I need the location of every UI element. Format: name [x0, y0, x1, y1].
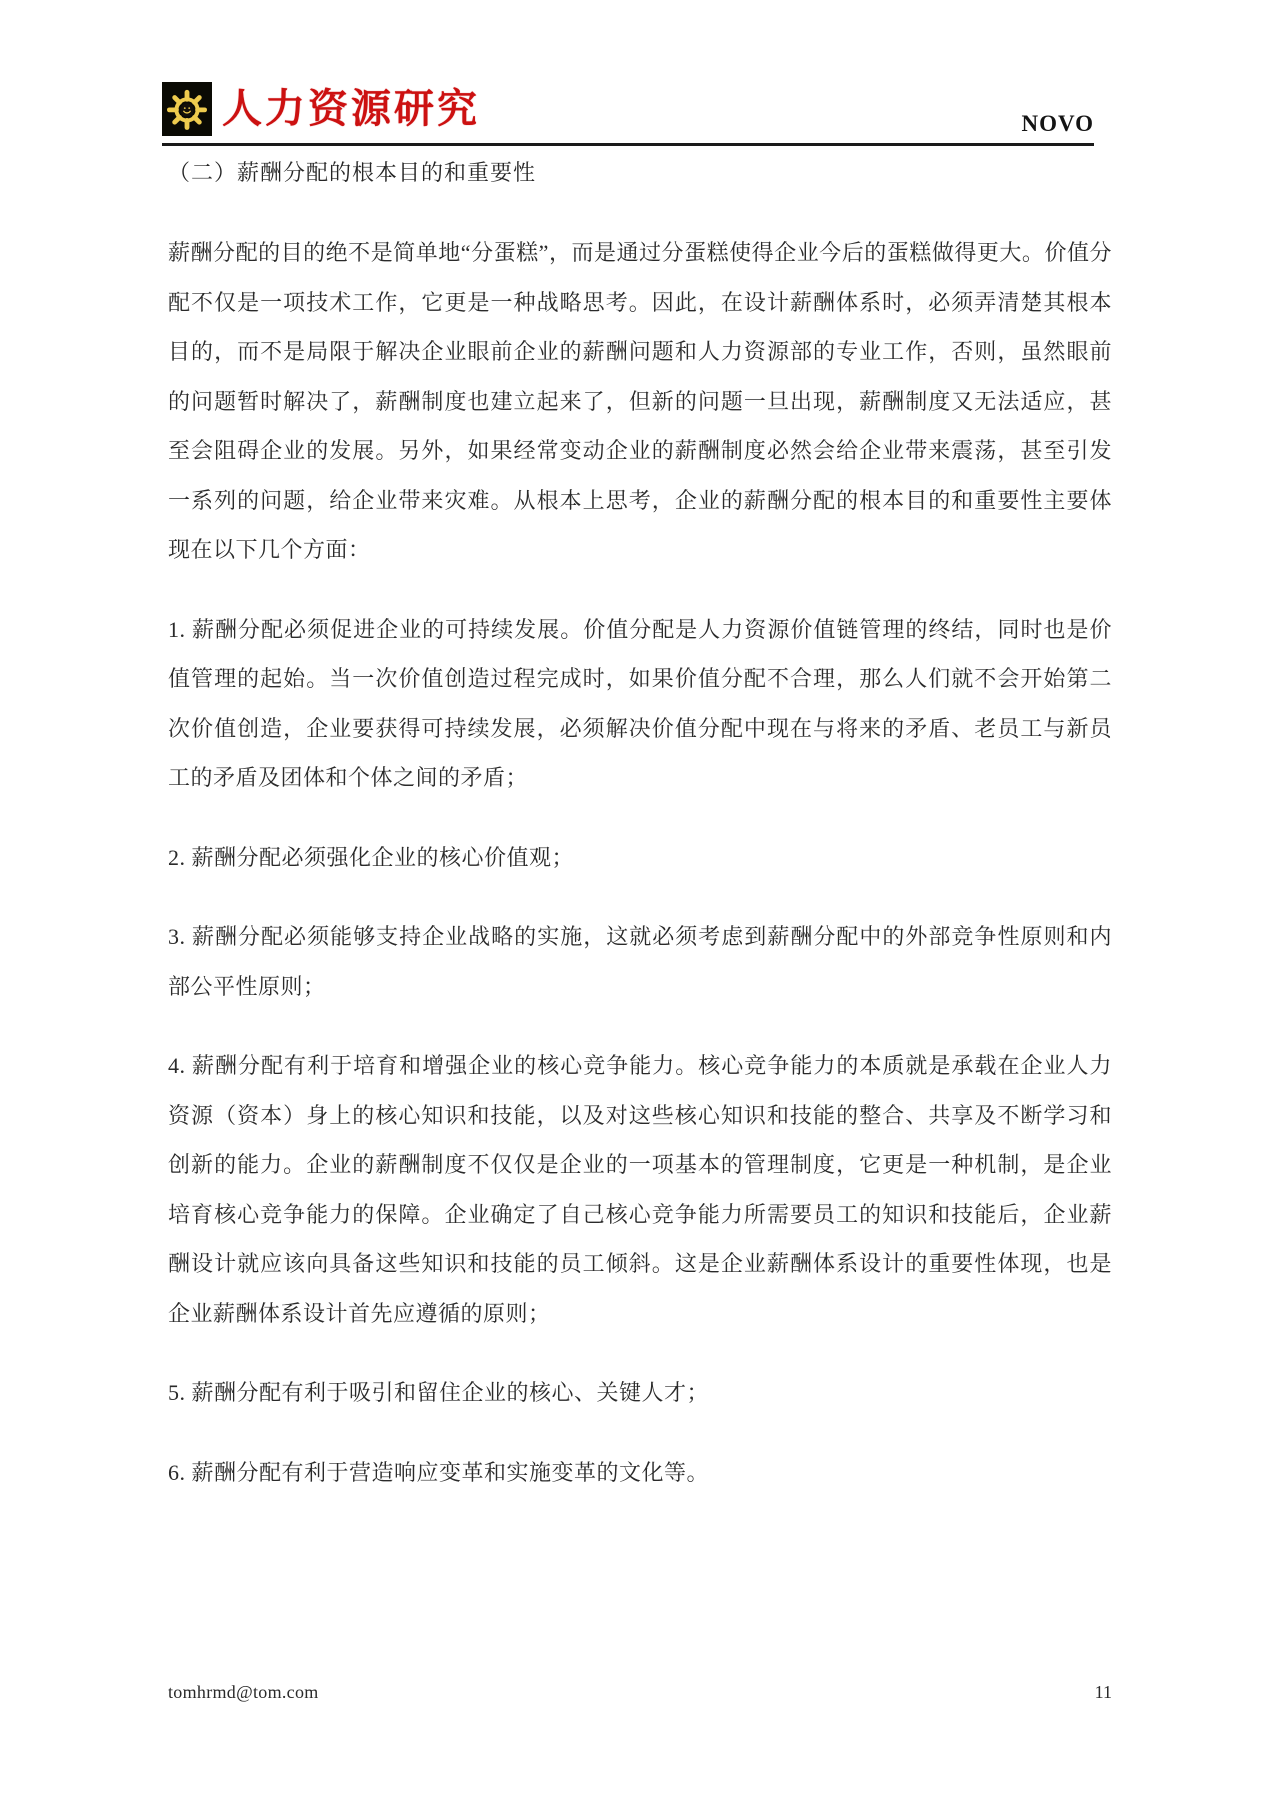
page-number: 11: [1095, 1682, 1112, 1703]
paragraph-item-2: 2. 薪酬分配必须强化企业的核心价值观；: [168, 833, 1112, 883]
paragraph-item-1: 1. 薪酬分配必须促进企业的可持续发展。价值分配是人力资源价值链管理的终结，同时…: [168, 605, 1112, 803]
logo: 人力资源研究: [162, 82, 480, 136]
paragraph-item-5: 5. 薪酬分配有利于吸引和留住企业的核心、关键人才；: [168, 1368, 1112, 1418]
section-heading: （二）薪酬分配的根本目的和重要性: [168, 158, 1112, 188]
paragraph-intro: 薪酬分配的目的绝不是简单地“分蛋糕”，而是通过分蛋糕使得企业今后的蛋糕做得更大。…: [168, 228, 1112, 575]
brand-novo: NOVO: [1021, 112, 1094, 135]
page-footer: tomhrmd@tom.com 11: [168, 1682, 1112, 1703]
document-body: （二）薪酬分配的根本目的和重要性 薪酬分配的目的绝不是简单地“分蛋糕”，而是通过…: [168, 158, 1112, 1527]
paragraph-item-4: 4. 薪酬分配有利于培育和增强企业的核心竞争能力。核心竞争能力的本质就是承载在企…: [168, 1041, 1112, 1338]
gear-icon: [162, 82, 212, 136]
footer-email: tomhrmd@tom.com: [168, 1682, 319, 1703]
logo-title: 人力资源研究: [222, 89, 480, 129]
paragraph-item-6: 6. 薪酬分配有利于营造响应变革和实施变革的文化等。: [168, 1448, 1112, 1498]
page-header: 人力资源研究 NOVO: [162, 82, 1094, 146]
document-page: 人力资源研究 NOVO （二）薪酬分配的根本目的和重要性 薪酬分配的目的绝不是简…: [0, 0, 1280, 1809]
paragraph-item-3: 3. 薪酬分配必须能够支持企业战略的实施，这就必须考虑到薪酬分配中的外部竞争性原…: [168, 912, 1112, 1011]
